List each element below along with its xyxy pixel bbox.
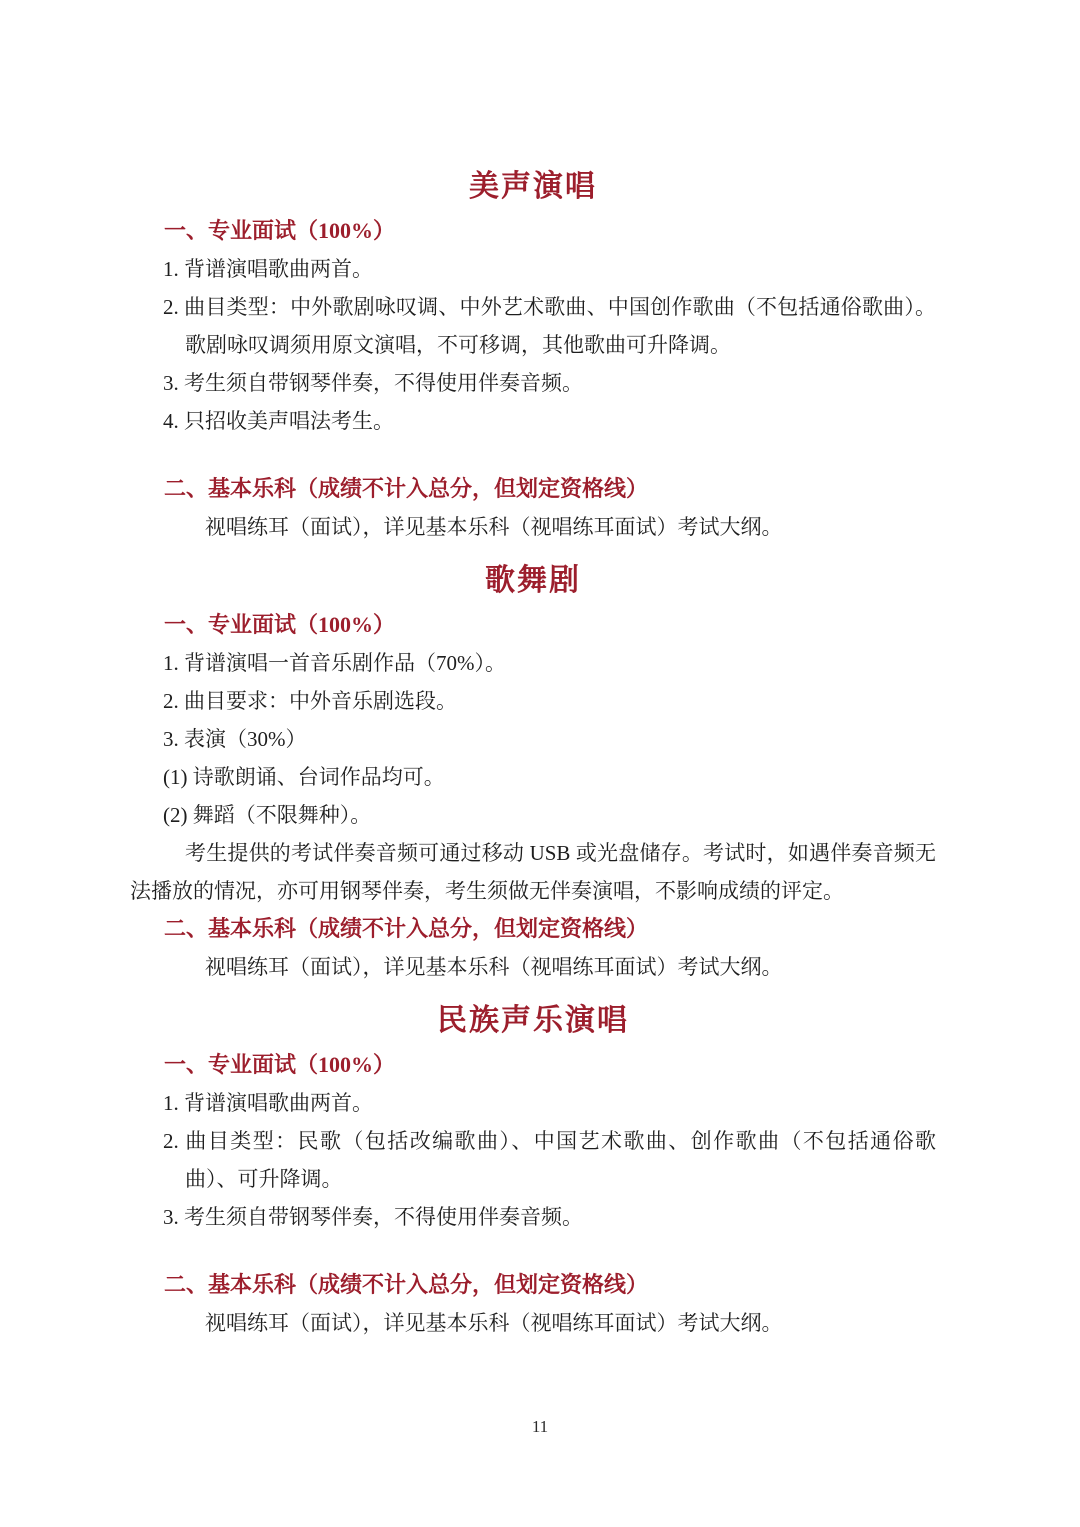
exam-section: 歌舞剧一、专业面试（100%）1. 背谱演唱一首音乐剧作品（70%）。2. 曲目… (130, 560, 936, 986)
document-content: 美声演唱一、专业面试（100%）1. 背谱演唱歌曲两首。2. 曲目类型：中外歌剧… (130, 166, 936, 1342)
list-item: 2. 曲目要求：中外音乐剧选段。 (130, 682, 936, 720)
page-footer: 11 (0, 1417, 1080, 1437)
list-item: 1. 背谱演唱歌曲两首。 (130, 250, 936, 288)
body-paragraph: 考生提供的考试伴奏音频可通过移动 USB 或光盘储存。考试时，如遇伴奏音频无法播… (130, 834, 936, 910)
subsection-heading: 二、基本乐科（成绩不计入总分，但划定资格线） (130, 910, 936, 948)
subsection-heading: 二、基本乐科（成绩不计入总分，但划定资格线） (130, 470, 936, 508)
exam-section: 美声演唱一、专业面试（100%）1. 背谱演唱歌曲两首。2. 曲目类型：中外歌剧… (130, 166, 936, 546)
list-item: 2. 曲目类型：中外歌剧咏叹调、中外艺术歌曲、中国创作歌曲（不包括通俗歌曲）。歌… (130, 288, 936, 364)
subsection-heading: 二、基本乐科（成绩不计入总分，但划定资格线） (130, 1266, 936, 1304)
blank-line-spacer (130, 1236, 936, 1266)
section-title: 歌舞剧 (130, 560, 936, 602)
document-page: 美声演唱一、专业面试（100%）1. 背谱演唱歌曲两首。2. 曲目类型：中外歌剧… (0, 0, 1080, 1527)
list-item: 4. 只招收美声唱法考生。 (130, 402, 936, 440)
page-number: 11 (532, 1417, 548, 1436)
section-title: 美声演唱 (130, 166, 936, 208)
list-item: 2. 曲目类型：民歌（包括改编歌曲）、中国艺术歌曲、创作歌曲（不包括通俗歌曲）、… (130, 1122, 936, 1198)
list-item: (2) 舞蹈（不限舞种）。 (130, 796, 936, 834)
list-item: (1) 诗歌朗诵、台词作品均可。 (130, 758, 936, 796)
subsection-heading: 一、专业面试（100%） (130, 606, 936, 644)
blank-line-spacer (130, 440, 936, 470)
list-item: 3. 表演（30%） (130, 720, 936, 758)
subsection-heading: 一、专业面试（100%） (130, 1046, 936, 1084)
subsection-heading: 一、专业面试（100%） (130, 212, 936, 250)
list-item: 1. 背谱演唱歌曲两首。 (130, 1084, 936, 1122)
section-title: 民族声乐演唱 (130, 1000, 936, 1042)
exam-section: 民族声乐演唱一、专业面试（100%）1. 背谱演唱歌曲两首。2. 曲目类型：民歌… (130, 1000, 936, 1342)
list-item: 3. 考生须自带钢琴伴奏，不得使用伴奏音频。 (130, 1198, 936, 1236)
list-item: 3. 考生须自带钢琴伴奏，不得使用伴奏音频。 (130, 364, 936, 402)
body-paragraph: 视唱练耳（面试），详见基本乐科（视唱练耳面试）考试大纲。 (130, 1304, 936, 1342)
list-item: 1. 背谱演唱一首音乐剧作品（70%）。 (130, 644, 936, 682)
body-paragraph: 视唱练耳（面试），详见基本乐科（视唱练耳面试）考试大纲。 (130, 508, 936, 546)
body-paragraph: 视唱练耳（面试），详见基本乐科（视唱练耳面试）考试大纲。 (130, 948, 936, 986)
